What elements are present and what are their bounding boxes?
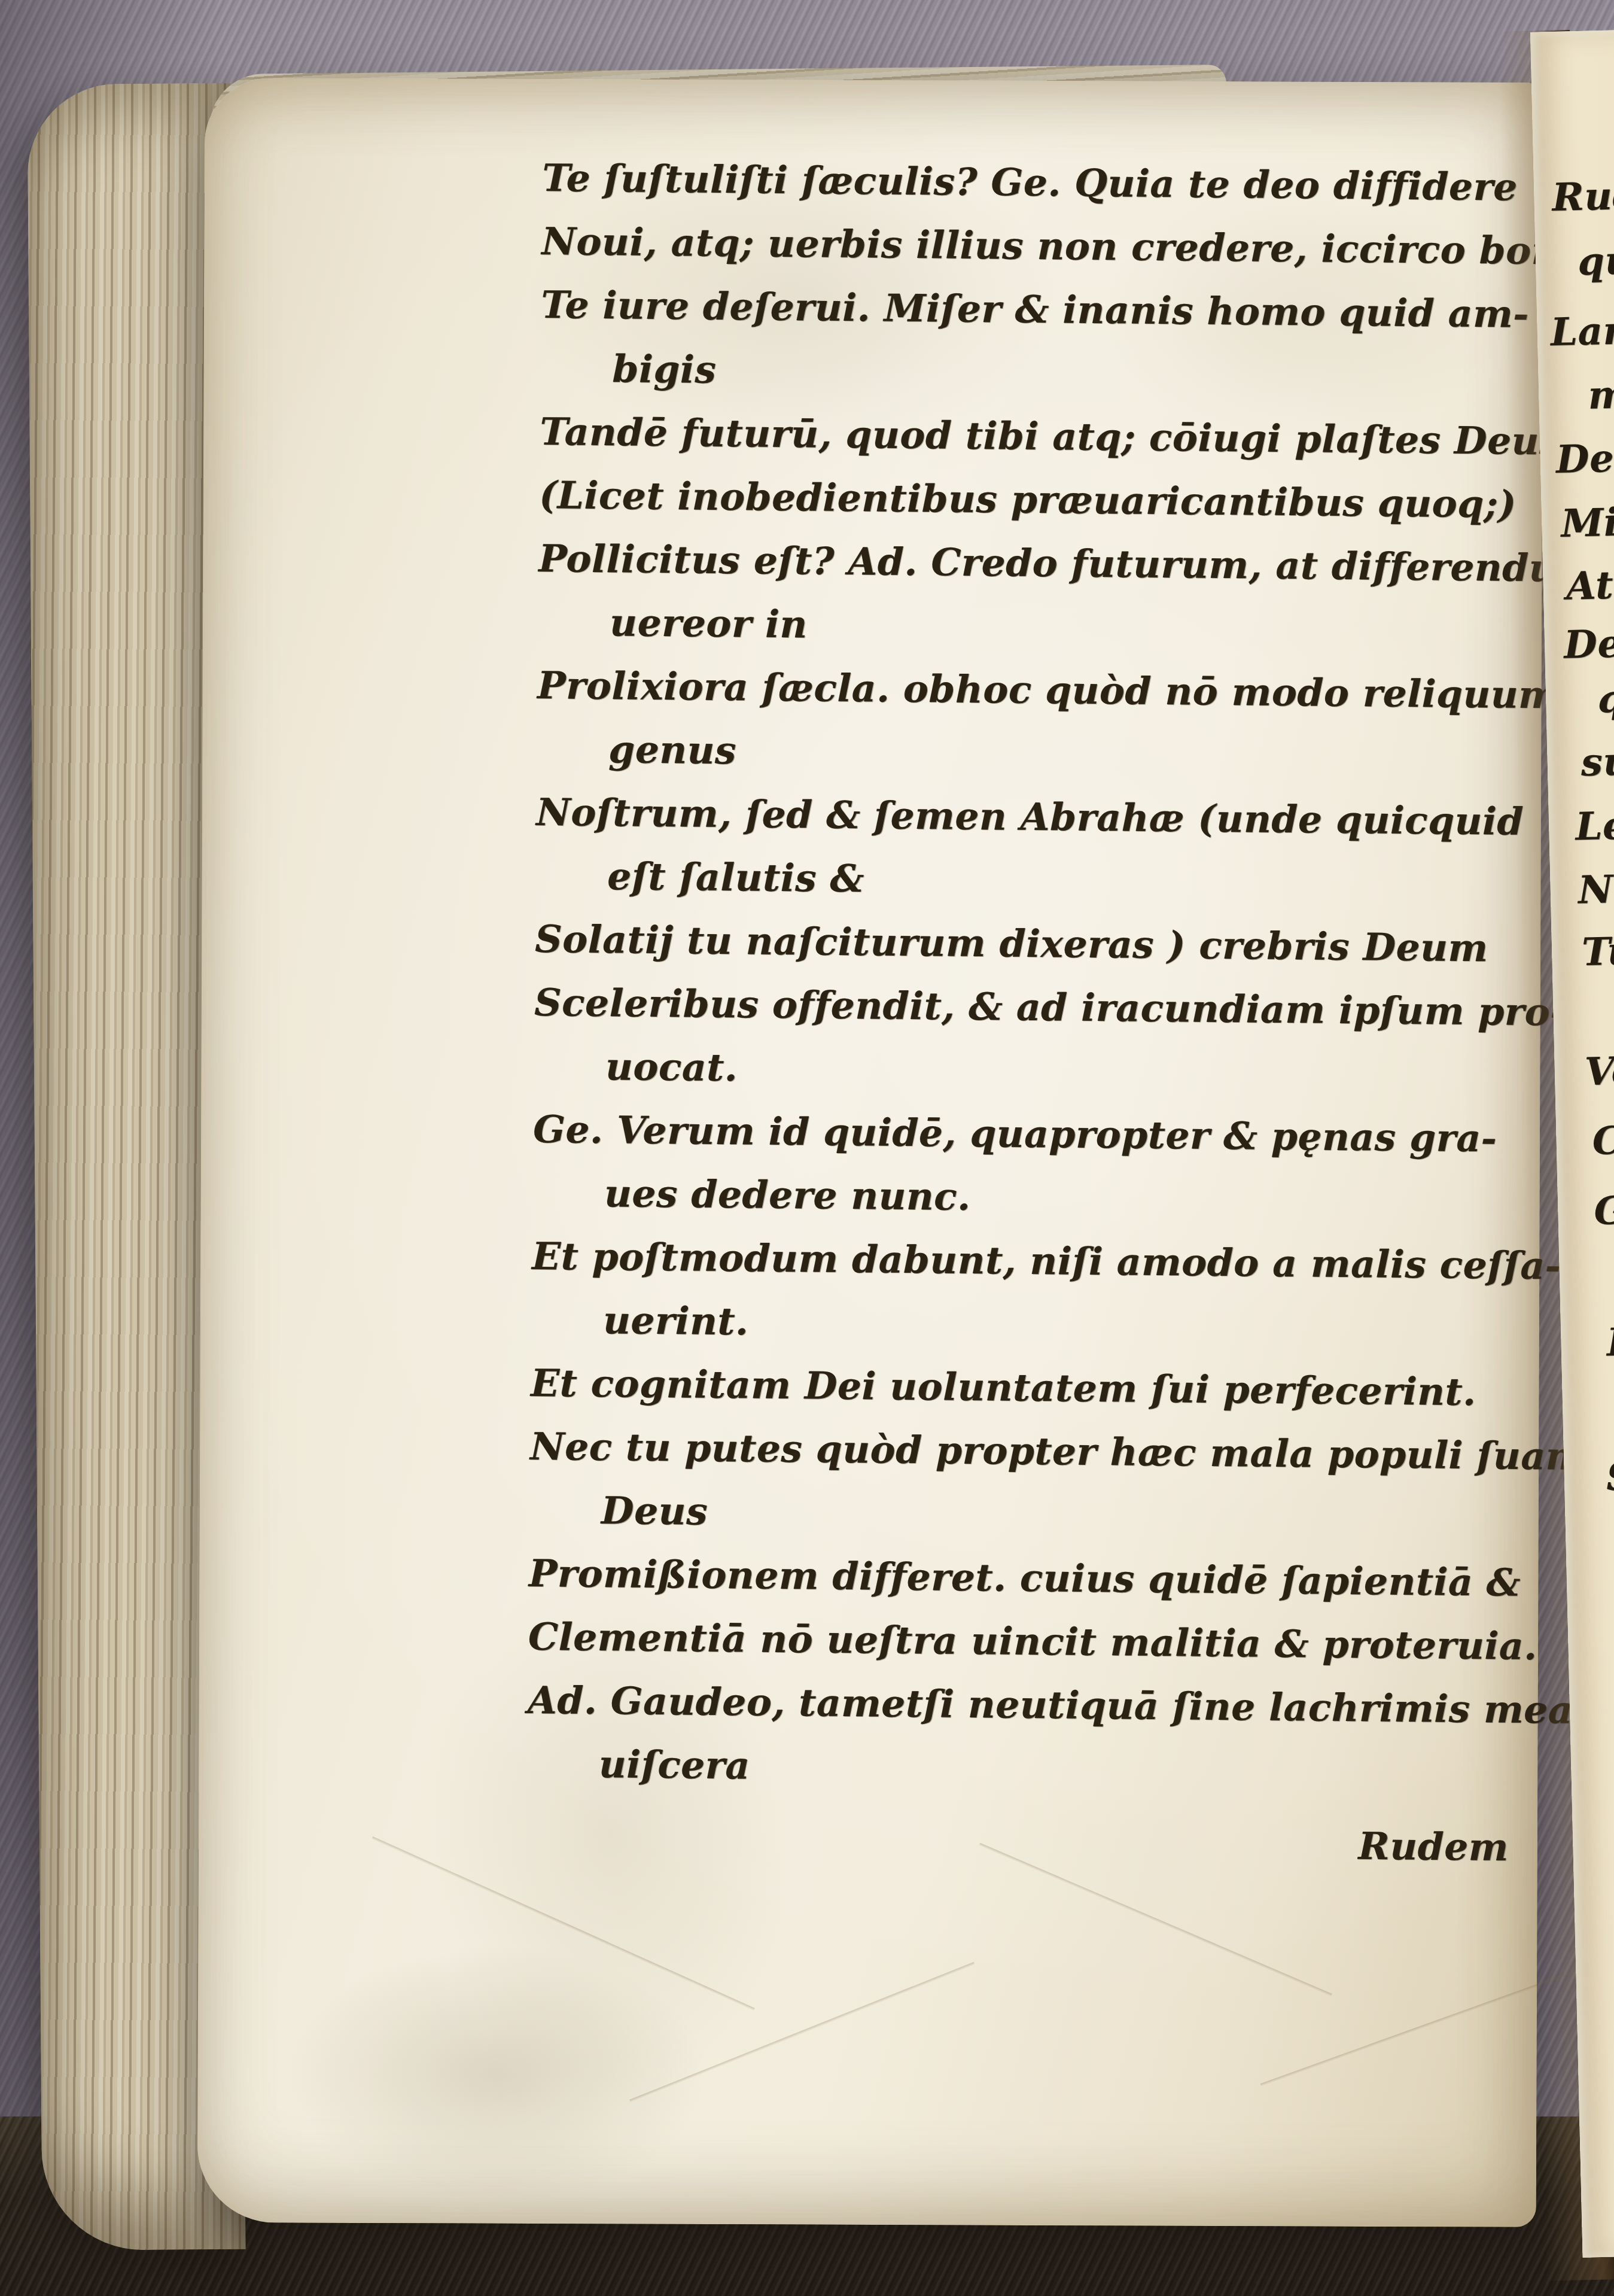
text-line: Noſtrum, ſed & ſemen Abrahæ (unde quicqu…	[536, 790, 1509, 863]
open-book: Te ſuſtuliſti ſæculis? Ge. Quia te deo d…	[0, 0, 1614, 2296]
text-line: genus	[537, 726, 1509, 799]
text-line: Te ſuſtuliſti ſæculis? Ge. Quia te deo d…	[542, 156, 1515, 229]
text-line: Noui, atq; uerbis illius non credere, ic…	[541, 219, 1514, 292]
right-page-text-fragment: qu	[1597, 676, 1614, 722]
text-line: Et poſtmodum dabunt, niſi amodo a malis …	[531, 1234, 1504, 1307]
right-page-text-fragment: Legé	[1575, 802, 1614, 849]
text-line: Pollicitus eſt? Ad. Credo futurum, at di…	[538, 536, 1511, 609]
text-line: uocat.	[534, 1044, 1506, 1117]
right-page-text-fragment: Dei	[1563, 621, 1614, 668]
text-line: uereor in	[538, 600, 1511, 673]
text-line: Solatij tu naſciturum dixeras ) crebris …	[535, 917, 1508, 990]
right-page-text-fragment: At fili	[1566, 561, 1614, 609]
right-page-text-fragment: Vel	[1584, 1048, 1614, 1095]
right-page-text-fragment: Tum	[1581, 928, 1614, 975]
catchword: Rudem	[537, 1817, 1509, 1869]
text-line: Prolixiora ſæcla. obhoc quòd nō modo rel…	[537, 663, 1510, 736]
right-page-text-fragment: Rudem	[1552, 172, 1614, 220]
photo-scene: Te ſuſtuliſti ſæculis? Ge. Quia te deo d…	[0, 0, 1614, 2296]
paper-crease	[371, 1836, 755, 2011]
right-page-text-fragment: S	[1606, 1454, 1614, 1500]
text-line: Tandē futurū, quod tibi atq; cōiugi plaſ…	[540, 409, 1512, 482]
right-page-text-fragment: Nobi	[1578, 865, 1614, 913]
printed-text-block: Te ſuſtuliſti ſæculis? Ge. Quia te deo d…	[526, 156, 1514, 1814]
right-page-text-fragment: Ge	[1594, 1188, 1614, 1234]
paper-stain	[287, 1945, 706, 2204]
text-line: Et cognitam Dei uoluntatem ſui perfeceri…	[530, 1361, 1503, 1434]
right-page-text-fragment: Minim	[1561, 498, 1614, 546]
right-page-text-fragment: Lania	[1550, 308, 1614, 355]
right-page-text-fragment: sunt	[1580, 738, 1614, 785]
right-page-text-fragment: mu	[1588, 372, 1614, 418]
text-line: Ad. Gaudeo, tametſi neutiquā ſine lachri…	[527, 1678, 1500, 1751]
text-line: Te iure deſerui. Miſer & inanis homo qui…	[541, 282, 1513, 355]
right-page-text-fragment: R	[1606, 1319, 1614, 1365]
text-line: uiſcera	[526, 1741, 1499, 1814]
text-line: Clementiā nō ueſtra uincit malitia & pro…	[528, 1614, 1500, 1687]
text-line: bigis	[540, 346, 1513, 419]
right-page-text-fragment: Dei u	[1555, 435, 1614, 482]
right-page-text-fragment: Cu	[1592, 1118, 1614, 1164]
text-line: uerint.	[531, 1297, 1503, 1370]
paper-crease	[1260, 1970, 1577, 2087]
text-line: Nec tu putes quòd propter hæc mala popul…	[529, 1424, 1502, 1497]
text-line: eſt ſalutis &	[535, 853, 1508, 926]
paper-crease	[629, 1962, 975, 2103]
text-line: ues dedere nunc.	[532, 1170, 1505, 1243]
text-line: Deus	[529, 1488, 1502, 1561]
text-line: (Licet inobedientibus præuaricantibus qu…	[539, 473, 1512, 546]
text-line: Sceleribus offendit, & ad iracundiam ipſ…	[534, 980, 1507, 1053]
right-page-text-fragment: que	[1577, 238, 1614, 284]
left-page: Te ſuſtuliſti ſæculis? Ge. Quia te deo d…	[197, 78, 1543, 2227]
text-line: Promißionem differet. cuius quidē ſapien…	[528, 1551, 1501, 1624]
text-line: Ge. Verum id quidē, quapropter & pęnas g…	[533, 1107, 1506, 1180]
